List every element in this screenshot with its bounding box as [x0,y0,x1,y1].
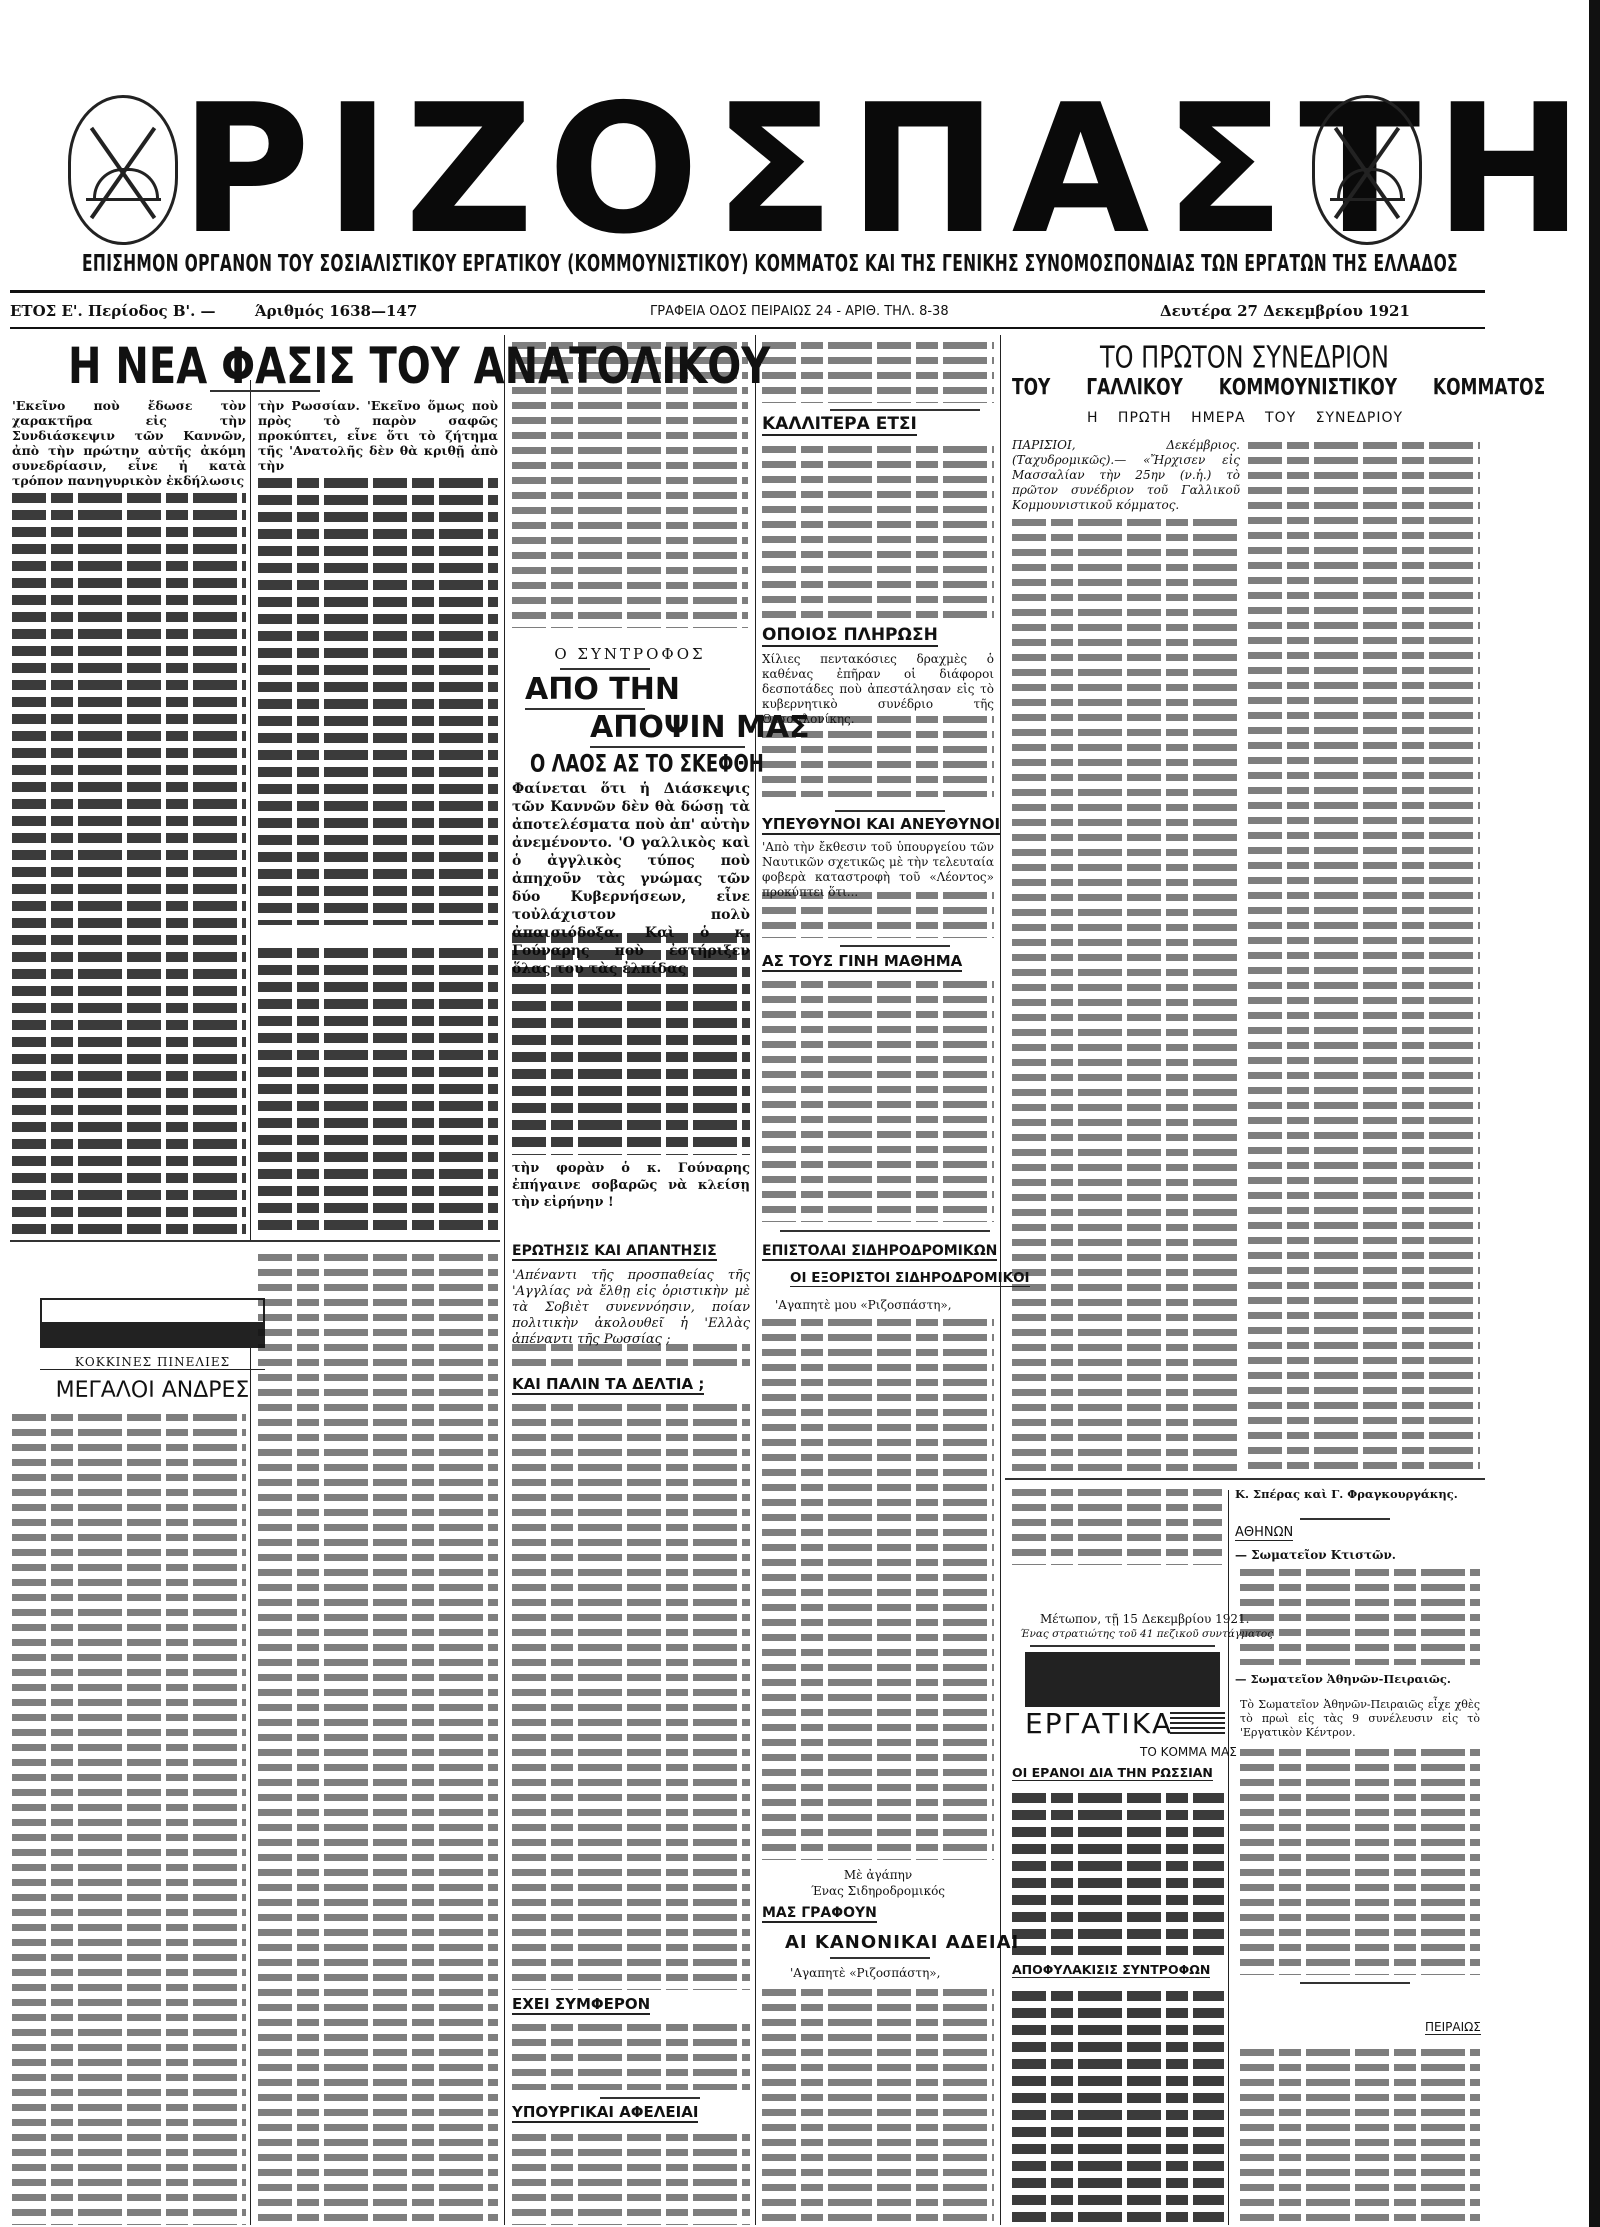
divider [1300,1518,1390,1520]
kalytera-body [762,442,994,622]
athinon-item-2: — Σωματεῖον Ἀθηνῶν-Πειραιῶς. [1235,1672,1451,1686]
mathima-body [762,977,994,1222]
kokkines-headline: ΜΕΓΑΛΟΙ ΑΝΔΡΕΣ [40,1378,265,1403]
divider [830,1957,930,1959]
congress-opening: ΠΑΡΙΣΙΟΙ, Δεκέμβριος. (Ταχυδρομικῶς).— «… [1012,438,1240,513]
release-body [1012,1988,1224,2225]
congress-end-rule [1005,1478,1485,1480]
letter-place-date: Μέτωπον, τῇ 15 Δεκεμβρίου 1921. [1040,1612,1249,1626]
ergatika-signers: Κ. Σπέρας καὶ Γ. Φραγκουργάκης. [1235,1487,1458,1501]
rail-headline: ΟΙ ΕΞΟΡΙΣΤΟΙ ΣΙΔΗΡΟΔΡΟΜΙΚΟΙ [790,1270,1030,1287]
grafoun-section: ΜΑΣ ΓΡΑΦΟΥΝ [762,1905,877,1923]
afeleia-headline: ΥΠΟΥΡΓΙΚΑΙ ΑΦΕΛΕΙΑΙ [512,2103,698,2123]
athinon-item-1: — Σωματεῖον Κτιστῶν. [1235,1548,1396,1562]
lead-end-rule [10,1240,500,1242]
sunrise-illustration [40,1298,265,1348]
congress-subhead: Η ΠΡΩΤΗ ΗΜΕΡΑ ΤΟΥ ΣΥΝΕΔΡΙΟΥ [1010,410,1480,426]
divider [1300,1982,1410,1984]
athinon-section: ΑΘΗΝΩΝ [1235,1525,1293,1541]
divider [840,945,950,947]
column-divider [1228,1490,1229,2225]
lead-opening-col1: 'Εκεῖνο ποὺ ἔδωσε τὸν χαρακτῆρα εἰς τὴν … [12,398,246,488]
column-divider [250,1300,251,2225]
offices-address: ΓΡΑΦΕΙΑ ΟΔΟΣ ΠΕΙΡΑΙΩΣ 24 - ΑΡΙΘ. ΤΗΛ. 8-… [650,304,949,319]
peiraios-body [1240,2045,1480,2225]
column-divider [755,335,756,2225]
kicker-underline [590,746,745,748]
erotiseis-opening: 'Απέναντι τῆς προσπαθείας τῆς 'Αγγλίας ν… [512,1268,750,1348]
grafoun-salutation: 'Αγαπητὲ «Ριζοσπάστη», [790,1966,940,1980]
opinion-closing: τὴν φορὰν ὁ κ. Γούναρης ἐπήγαινε σοβαρῶς… [512,1160,750,1211]
emblem-right-icon [1312,95,1422,245]
grafoun-headline: ΑΙ ΚΑΝΟΝΙΚΑΙ ΑΔΕΙΑΙ [785,1932,1019,1953]
scan-edge [1585,0,1600,2227]
divider [780,1230,990,1232]
factory-illustration [1025,1652,1220,1707]
ergatika-headline: ΟΙ ΕΡΑΝΟΙ ΔΙΑ ΤΗΝ ΡΩΣΣΙΑΝ [1012,1765,1213,1781]
lead-body-col2 [258,475,498,925]
erotiseis-body [512,1340,750,1370]
masthead-rule [10,290,1485,293]
letter-body [1012,1485,1222,1565]
rail-body [762,1315,994,1860]
divider [600,2097,700,2099]
newspaper-title: ΡΙΖΟΣΠΑΣΤΗΣ [180,95,1415,245]
athinon-item-2-opening: Τὸ Σωματεῖον Ἀθηνῶν-Πειραιῶς εἶχε χθὲς τ… [1240,1698,1480,1740]
opinion-kicker-1: ΑΠΟ ΤΗΝ [525,672,680,707]
decorative-lines [1170,1712,1225,1734]
deltia-body [512,1400,750,1990]
kokkines-body-col2 [258,1250,498,2225]
issue-date: Δευτέρα 27 Δεκεμβρίου 1921 [1160,302,1410,320]
opinion-body [512,930,750,1155]
afeleia-body [512,2130,750,2225]
ergatika-subsection: ΤΟ ΚΟΜΜΑ ΜΑΣ [1140,1745,1237,1759]
emblem-left-icon [68,95,178,245]
continued-text [762,338,994,403]
opinion-headline: Ο ΛΑΟΣ ΑΣ ΤΟ ΣΚΕΦΘΗ [530,750,764,778]
author-signature: Ο ΣΥΝΤΡΟΦΟΣ [512,645,748,663]
divider [560,668,650,670]
kalytera-headline: ΚΑΛΛΙΤΕΡΑ ΕΤΣΙ [762,414,917,436]
year-period: ΕΤΟΣ Ε'. Περίοδος Β'. — [10,302,216,320]
athinon-item-1-body [1240,1565,1480,1665]
mathima-headline: ΑΣ ΤΟΥΣ ΓΙΝΗ ΜΑΘΗΜΑ [762,952,962,972]
erotiseis-headline: ΕΡΩΤΗΣΙΣ ΚΑΙ ΑΠΑΝΤΗΣΙΣ [512,1243,717,1261]
rail-section: ΕΠΙΣΤΟΛΑΙ ΣΙΔΗΡΟΔΡΟΜΙΚΩΝ [762,1243,997,1261]
congress-body-col2 [1248,438,1480,1473]
lead-body-col2b [258,945,498,1235]
rail-signoff-2: Ένας Σιδηροδρομικός [762,1884,994,1898]
congress-body-col1 [1012,515,1240,1475]
issue-number: Άριθμός 1638—147 [255,302,417,320]
continued-text [512,338,748,628]
ypeythynoi-body [762,888,994,938]
letter-signature: Ένας στρατιώτης τοῦ 41 πεζικοῦ συντάγματ… [1020,1628,1273,1640]
ergatika-section: ΕΡΓΑΤΙΚΑ [1025,1707,1173,1740]
peiraios-section: ΠΕΙΡΑΙΩΣ [1425,2020,1481,2035]
lead-opening-col2: τὴν Ρωσσίαν. 'Εκεῖνο ὅμως ποὺ πρὸς τὸ πα… [258,398,498,473]
divider [835,810,945,812]
symferon-body [512,2020,750,2090]
deltia-headline: ΚΑΙ ΠΑΛΙΝ ΤΑ ΔΕΛΤΙΑ ; [512,1375,704,1395]
newspaper-subtitle: ΕΠΙΣΗΜΟΝ ΟΡΓΑΝΟΝ ΤΟΥ ΣΟΣΙΑΛΙΣΤΙΚΟΥ ΕΡΓΑΤ… [60,250,1480,277]
ergatika-body [1012,1790,1224,1955]
headline-underline [210,390,320,392]
column-divider [504,335,505,2225]
grafoun-body [762,1985,994,2225]
rail-signoff-1: Μὲ ἀγάπην [762,1868,994,1882]
congress-headline-1: ΤΟ ΠΡΩΤΟΝ ΣΥΝΕΔΡΙΟΝ [1100,340,1389,375]
opoios-body [762,712,994,797]
column-divider [250,380,251,1240]
kokkines-body-col1 [12,1410,246,2225]
dateline-rule [10,327,1485,329]
ypeythynoi-headline: ΥΠΕΥΘΥΝΟΙ ΚΑΙ ΑΝΕΥΘΥΝΟΙ [762,815,1000,835]
divider [830,409,980,411]
rail-salutation: 'Αγαπητὲ μου «Ριζοσπάστη», [775,1298,952,1312]
lead-body-col1 [12,490,246,1235]
divider [1030,1645,1215,1647]
symferon-headline: ΕΧΕΙ ΣΥΜΦΕΡΟΝ [512,1995,650,2015]
athinon-item-2-body [1240,1745,1480,1975]
release-headline: ΑΠΟΦΥΛΑΚΙΣΙΣ ΣΥΝΤΡΟΦΩΝ [1012,1962,1210,1978]
opoios-headline: ΟΠΟΙΟΣ ΠΛΗΡΩΣΗ [762,625,938,647]
kokkines-section: ΚΟΚΚΙΝΕΣ ΠΙΝΕΛΙΕΣ [40,1355,265,1370]
congress-headline-2: ΤΟΥ ΓΑΛΛΙΚΟΥ ΚΟΜΜΟΥΝΙΣΤΙΚΟΥ ΚΟΜΜΑΤΟΣ [1012,375,1545,401]
